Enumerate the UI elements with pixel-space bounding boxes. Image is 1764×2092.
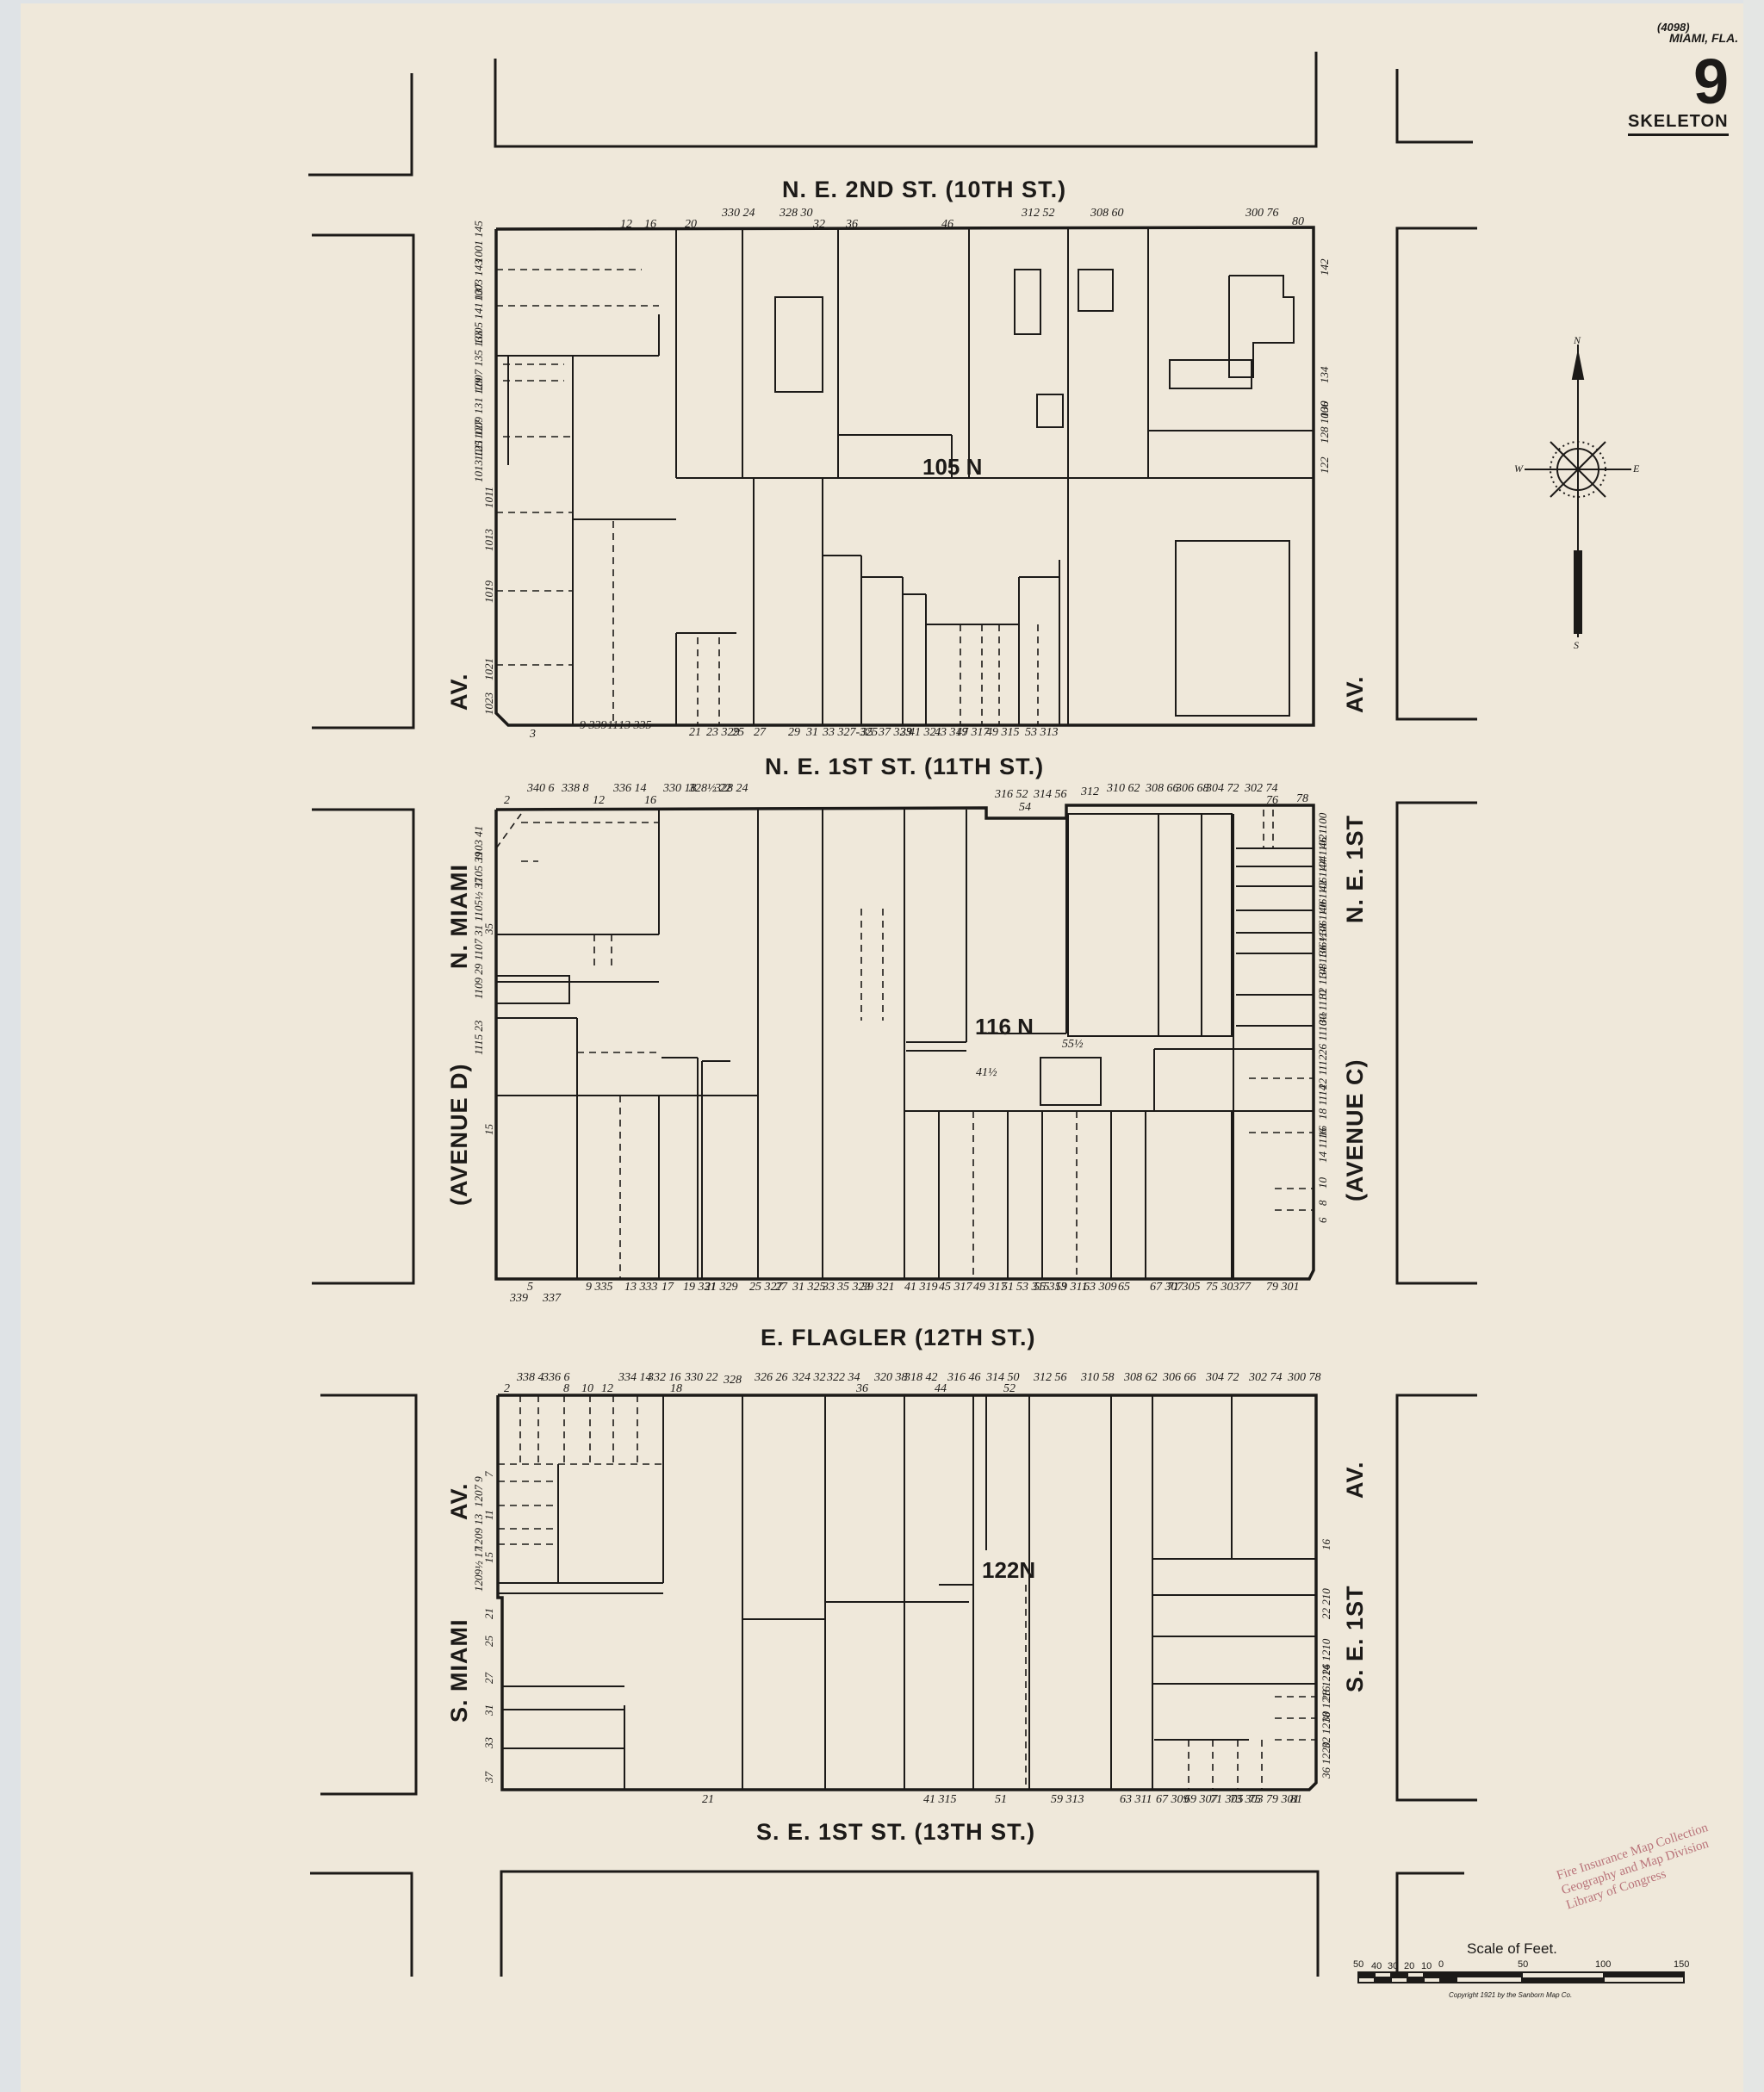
house-number: 328 30 [780, 207, 813, 220]
house-number: 310 58 [1081, 1371, 1115, 1385]
block-122n-label: 122N [982, 1557, 1035, 1584]
house-number: 330 22 [685, 1371, 718, 1385]
house-number: 336 14 [613, 782, 647, 796]
house-number: 21 [689, 726, 701, 740]
house-number: 25 [732, 726, 744, 740]
inner-number: 55½ [1062, 1038, 1084, 1052]
house-number: 324 32 [792, 1371, 826, 1385]
house-number: 35 [861, 726, 873, 740]
house-number: 328 24 [715, 782, 748, 796]
house-number: 75 [1249, 1793, 1261, 1807]
house-number: 63 309 [1084, 1281, 1117, 1294]
house-number: 59 311 [1055, 1281, 1087, 1294]
house-number: 1107 31 [472, 925, 486, 960]
house-number: 14 1116 [1316, 1128, 1330, 1163]
house-number: 1021 [482, 658, 496, 680]
house-number: 10 [581, 1382, 593, 1396]
house-number: 328 [724, 1374, 742, 1387]
scale-title: Scale of Feet. [1467, 1940, 1557, 1958]
house-number: 81 [1290, 1793, 1302, 1807]
house-number: 1011 [482, 487, 496, 508]
street-n-miami: N. MIAMI [446, 864, 473, 969]
house-number: 1023 [482, 692, 496, 715]
house-number: 338 4 [517, 1371, 544, 1385]
house-number: 21 [482, 1608, 496, 1619]
house-number: 1105½ 37 [472, 878, 486, 922]
house-number: 308 66 [1146, 782, 1179, 796]
house-number: 41 319 [904, 1281, 938, 1294]
street-se-1st-av: S. E. 1ST [1342, 1585, 1369, 1692]
scale-tick: 40 [1371, 1961, 1382, 1971]
house-number: 31 [806, 726, 818, 740]
street-av-left-bottom: AV. [446, 1482, 473, 1520]
house-number: 80 [1292, 215, 1304, 229]
house-number: 31 325 [792, 1281, 826, 1294]
house-number: 300 76 [1245, 207, 1279, 220]
scale-tick: 50 [1353, 1959, 1363, 1970]
house-number: 1109 29 [472, 964, 486, 999]
map-linework [0, 0, 1764, 2092]
compass-north-label: N [1574, 334, 1581, 347]
house-number: 1115 23 [472, 1021, 486, 1055]
house-number: 44 [935, 1382, 947, 1396]
house-number: 12 [601, 1382, 613, 1396]
street-avenue-d: (AVENUE D) [446, 1063, 473, 1206]
house-number: 71 305 [1167, 1281, 1201, 1294]
house-number: 337 [543, 1292, 561, 1306]
house-number: 2 [504, 794, 510, 808]
block-105n-label: 105 N [922, 454, 982, 481]
street-avenue-c: (AVENUE C) [1342, 1058, 1369, 1201]
house-number: 18 1114 [1316, 1085, 1330, 1120]
house-number: 26 1110½ [1316, 1012, 1330, 1055]
compass-east-label: E [1633, 462, 1639, 475]
sheet-number: 9 [1693, 50, 1729, 114]
house-number: 316 52 [995, 788, 1028, 802]
house-number: 49 315 [986, 726, 1020, 740]
house-number: 27 [775, 1281, 787, 1294]
house-number: 306 66 [1163, 1371, 1196, 1385]
house-number: 122 [1318, 457, 1332, 475]
inner-number: 41½ [976, 1066, 997, 1080]
house-number: 8 [1316, 1201, 1330, 1207]
house-number: 39 321 [861, 1281, 895, 1294]
street-ne-1st-av: N. E. 1ST [1342, 815, 1369, 923]
street-av-right-top: AV. [1342, 675, 1369, 713]
house-number: 79 301 [1266, 1281, 1300, 1294]
house-number: 47 317 [956, 726, 990, 740]
house-number: 1013 [482, 529, 496, 551]
house-number: 45 317 [939, 1281, 972, 1294]
house-number: 12 [620, 218, 632, 232]
house-number: 10 [1316, 1177, 1330, 1189]
house-number: 304 72 [1206, 782, 1239, 796]
house-number: 310 62 [1107, 782, 1140, 796]
house-number: 322 34 [827, 1371, 860, 1385]
house-number: 2 [504, 1382, 510, 1396]
street-ne-1st: N. E. 1ST ST. (11TH ST.) [765, 754, 1044, 780]
house-number: 1019 [482, 580, 496, 603]
scale-tick: 10 [1421, 1961, 1432, 1971]
house-number: 16 [1320, 1539, 1333, 1550]
house-number: 142 [1318, 259, 1332, 276]
curb-nw-top [308, 73, 412, 175]
house-number: 20 [685, 218, 697, 232]
house-number: 340 6 [527, 782, 555, 796]
house-number: 76 [1266, 794, 1278, 808]
house-number: 338 8 [562, 782, 589, 796]
house-number: 75 303 [1206, 1281, 1239, 1294]
sheet-type-label: SKELETON [1628, 112, 1729, 136]
house-number: 320 38 [874, 1371, 908, 1385]
house-number: 312 56 [1034, 1371, 1067, 1385]
house-number: 339 [510, 1292, 528, 1306]
house-number: 53 313 [1025, 726, 1059, 740]
house-number: 13 333 [624, 1281, 658, 1294]
house-number: 46 [941, 218, 953, 232]
house-number: 300 78 [1288, 1371, 1321, 1385]
house-number: 5 [527, 1281, 533, 1294]
block-116n-label: 116 N [975, 1014, 1034, 1040]
house-number: 1209 13 [472, 1514, 486, 1550]
house-number: 316 46 [947, 1371, 981, 1385]
house-number: 302 74 [1249, 1371, 1283, 1385]
scale-tick: 100 [1595, 1959, 1611, 1970]
street-ne-2nd: N. E. 2ND ST. (10TH ST.) [782, 177, 1066, 203]
house-number: 41 315 [923, 1793, 957, 1807]
house-number: 18 [670, 1382, 682, 1396]
house-number: 29 [788, 726, 800, 740]
house-number: 25 [482, 1636, 496, 1647]
compass-west-label: W [1514, 462, 1523, 475]
house-number: 304 72 [1206, 1371, 1239, 1385]
house-number: 52 [1003, 1382, 1016, 1396]
house-number: 21 329 [705, 1281, 738, 1294]
house-number: 12 [593, 794, 605, 808]
house-number: 312 52 [1022, 207, 1055, 220]
house-number: 27 [754, 726, 766, 740]
house-number: 306 68 [1176, 782, 1209, 796]
house-number: 36 [856, 1382, 868, 1396]
house-number: 134 [1318, 367, 1332, 384]
house-number: 77 [1239, 1281, 1251, 1294]
house-number: 1001 145 [472, 220, 486, 263]
house-number: 326 26 [755, 1371, 788, 1385]
house-number: 308 60 [1090, 207, 1124, 220]
curb-top-block [495, 52, 1316, 146]
house-number: 15 [482, 1124, 496, 1135]
house-number: 9 335 [586, 1281, 613, 1294]
scale-tick: 150 [1674, 1959, 1689, 1970]
scale-tick: 30 [1388, 1961, 1398, 1971]
house-number: 334 14 [618, 1371, 652, 1385]
house-number: 1207 9 [472, 1476, 486, 1507]
house-number: 1013 125 [472, 440, 486, 482]
house-number: 16 [644, 794, 656, 808]
house-number: 33 [482, 1737, 496, 1748]
compass-south-label: S [1574, 639, 1579, 652]
house-number: 17 [661, 1281, 674, 1294]
house-number: 65 [1118, 1281, 1130, 1294]
house-number: 54 [1019, 801, 1031, 815]
house-number: 51 [1002, 1281, 1014, 1294]
scale-tick: 0 [1438, 1959, 1444, 1970]
curb-ne-top [1397, 69, 1473, 142]
house-number: 16 [644, 218, 656, 232]
house-number: 21 [702, 1793, 714, 1807]
house-number: 63 311 [1120, 1793, 1152, 1807]
house-number: 36 [846, 218, 858, 232]
copyright-notice: Copyright 1921 by the Sanborn Map Co. [1449, 1991, 1572, 1999]
house-number: 3 [530, 728, 536, 742]
house-number: 33 [823, 1281, 835, 1294]
house-number: 128 1006 [1318, 401, 1332, 444]
street-e-flagler: E. FLAGLER (12TH ST.) [761, 1325, 1036, 1351]
house-number: 9 339 [580, 719, 607, 733]
city-title: MIAMI, FLA. [1669, 31, 1738, 45]
house-number: 22 210 [1320, 1588, 1333, 1619]
house-number: 6 [1316, 1218, 1330, 1224]
house-number: 13 335 [618, 719, 652, 733]
house-number: 37 [482, 1772, 496, 1783]
house-number: 31 [482, 1704, 496, 1716]
scale-bar [1358, 1972, 1684, 1983]
house-number: 8 [563, 1382, 569, 1396]
house-number: 59 313 [1051, 1793, 1084, 1807]
house-number: 308 62 [1124, 1371, 1158, 1385]
house-number: 314 56 [1034, 788, 1067, 802]
house-number: 32 [813, 218, 825, 232]
house-number: 36 1220 [1320, 1742, 1333, 1779]
house-number: 1209½ 17 [472, 1547, 486, 1592]
house-number: 78 [1296, 792, 1308, 806]
street-s-miami: S. MIAMI [446, 1619, 473, 1723]
house-number: 330 24 [722, 207, 755, 220]
compass-rose [1525, 345, 1631, 637]
house-number: 51 [995, 1793, 1007, 1807]
street-se-1st: S. E. 1ST ST. (13TH ST.) [756, 1819, 1035, 1846]
scale-tick: 20 [1404, 1961, 1414, 1971]
house-number: 318 42 [904, 1371, 938, 1385]
scale-tick: 50 [1518, 1959, 1528, 1970]
street-av-right-bottom: AV. [1342, 1461, 1369, 1499]
house-number: 11 [607, 719, 618, 733]
house-number: 312 [1081, 785, 1099, 799]
house-number: 27 [482, 1673, 496, 1684]
street-av-left-top: AV. [446, 673, 473, 711]
